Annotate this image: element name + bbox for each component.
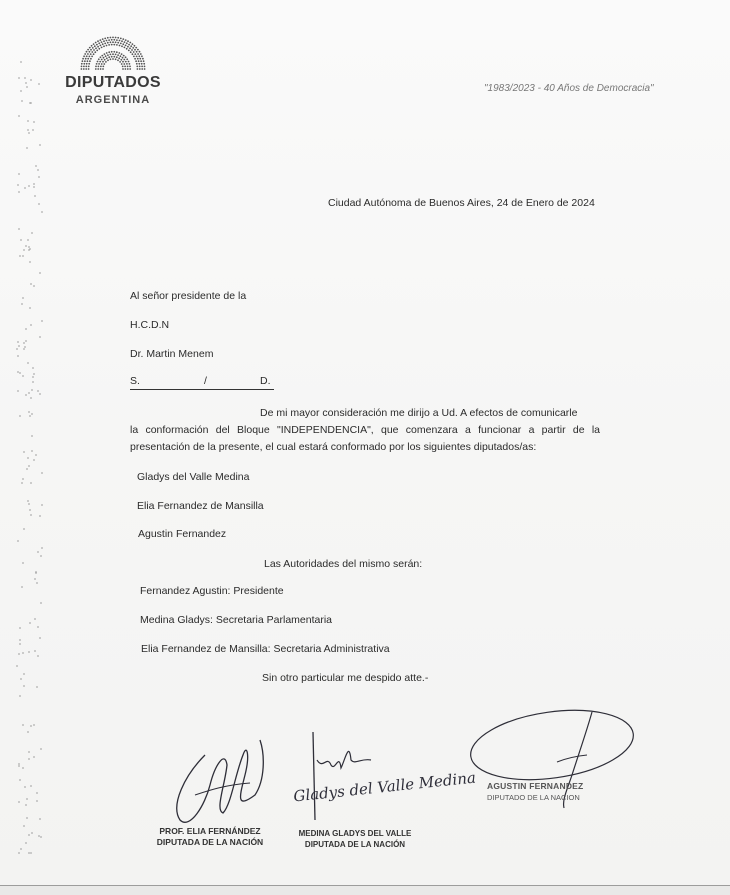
authority-item: Fernandez Agustin: Presidente: [140, 585, 284, 597]
place-date: Ciudad Autónoma de Buenos Aires, 24 de E…: [328, 197, 595, 209]
recipient-line: Dr. Martin Menem: [130, 348, 213, 360]
body-line: la conformación del Bloque "INDEPENDENCI…: [130, 422, 600, 439]
sd-right: D.: [260, 375, 271, 387]
member-item: Elia Fernandez de Mansilla: [137, 500, 264, 512]
signature-scribble-icon: [165, 735, 275, 830]
signer-role: DIPUTADA DE LA NACIÓN: [150, 837, 270, 848]
recipient-line: H.C.D.N: [130, 319, 169, 331]
body-line: presentación de la presente, el cual est…: [130, 439, 600, 456]
sd-left: S.: [130, 375, 140, 387]
document-page: DIPUTADOS ARGENTINA "1983/2023 - 40 Años…: [0, 0, 730, 885]
signature-block: MEDINA GLADYS DEL VALLE DIPUTADA DE LA N…: [295, 828, 415, 850]
recipient-line: Al señor presidente de la: [130, 290, 246, 302]
member-item: Gladys del Valle Medina: [137, 471, 249, 483]
motto: "1983/2023 - 40 Años de Democracia": [484, 83, 654, 94]
scan-speckle: [16, 60, 46, 860]
authority-item: Medina Gladys: Secretaria Parlamentaria: [140, 614, 332, 626]
body-paragraph: De mi mayor consideración me dirijo a Ud…: [130, 405, 600, 456]
parliament-hemicycle-icon: [77, 36, 149, 70]
body-line: De mi mayor consideración me dirijo a Ud…: [130, 405, 600, 422]
closing: Sin otro particular me despido atte.-: [262, 672, 428, 684]
sd-middle: /: [204, 375, 207, 387]
authorities-title: Las Autoridades del mismo serán:: [264, 558, 422, 570]
diputados-logo: DIPUTADOS ARGENTINA: [58, 36, 168, 106]
su-despacho-line: S. / D.: [130, 375, 274, 390]
logo-title: DIPUTADOS: [58, 74, 168, 92]
signer-role: DIPUTADA DE LA NACIÓN: [295, 839, 415, 850]
signature-block: PROF. ELIA FERNÁNDEZ DIPUTADA DE LA NACI…: [150, 826, 270, 848]
signature-block: AGUSTIN FERNANDEZ DIPUTADO DE LA NACION: [487, 781, 617, 803]
signer-role: DIPUTADO DE LA NACION: [487, 792, 617, 803]
signer-name: MEDINA GLADYS DEL VALLE: [295, 828, 415, 839]
page-bottom-edge: [0, 885, 730, 895]
logo-subtitle: ARGENTINA: [58, 94, 168, 106]
signer-name: AGUSTIN FERNANDEZ: [487, 781, 617, 792]
signer-name: PROF. ELIA FERNÁNDEZ: [150, 826, 270, 837]
signature-scribble-icon: [305, 730, 375, 825]
authority-item: Elia Fernandez de Mansilla: Secretaria A…: [141, 643, 390, 655]
member-item: Agustin Fernandez: [138, 528, 226, 540]
